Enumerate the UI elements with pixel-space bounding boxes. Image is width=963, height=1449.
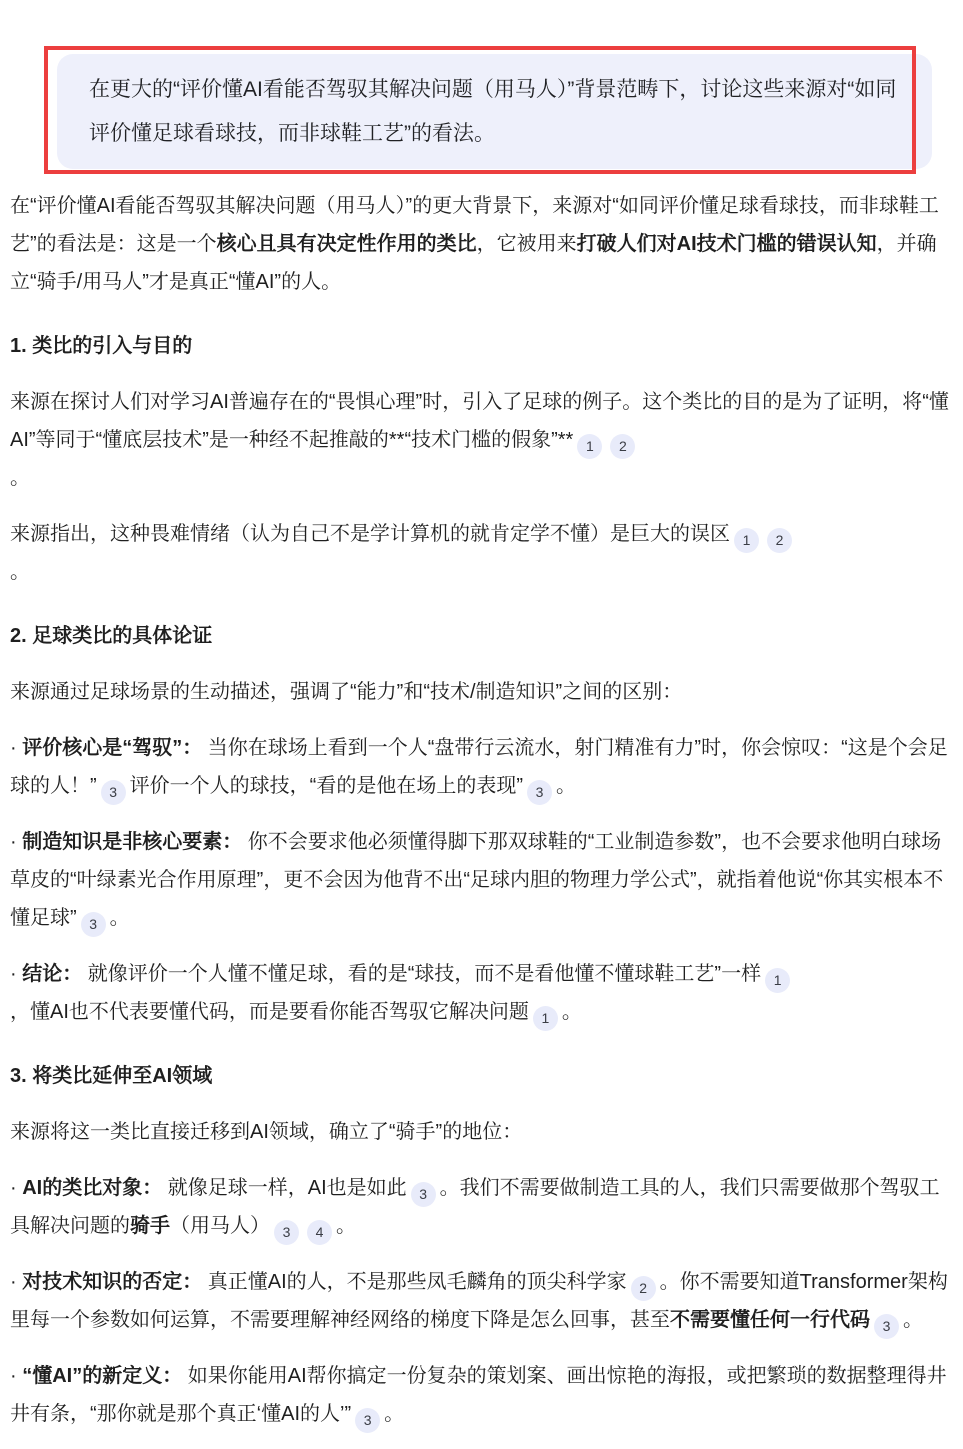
text-run: （用马人）: [170, 1215, 270, 1237]
citation-badge[interactable]: 3: [527, 780, 552, 805]
text-run: ，它被用来: [477, 233, 577, 255]
bullet-item: · 评价核心是“驾驭”： 当你在球场上看到一个人“盘带行云流水，射门精准有力”时…: [10, 729, 950, 805]
paragraph: 在“评价懂AI看能否驾驭其解决问题（用马人）”的更大背景下，来源对“如同评价懂足…: [10, 187, 950, 301]
text-run: ，懂AI也不代表要懂代码，而是要看你能否驾驭它解决问题: [10, 1001, 529, 1023]
citation-badge[interactable]: 3: [81, 912, 106, 937]
text-run: 来源指出，这种畏难情绪（认为自己不是学计算机的就肯定学不懂）是巨大的误区: [10, 523, 730, 545]
citation-badge[interactable]: 1: [765, 968, 790, 993]
text-run: 真正懂AI的人，不是那些凤毛麟角的顶尖科学家: [202, 1271, 626, 1293]
text-run: 。: [110, 907, 130, 929]
bullet-item: · 制造知识是非核心要素： 你不会要求他必须懂得脚下那双球鞋的“工业制造参数”，…: [10, 823, 950, 937]
citation-badge[interactable]: 1: [533, 1006, 558, 1031]
emphasis-text: 评价核心是“驾驭”：: [22, 737, 202, 759]
text-run: 。: [384, 1403, 404, 1425]
text-run: ·: [10, 963, 22, 985]
paragraph: 来源在探讨人们对学习AI普遍存在的“畏惧心理”时，引入了足球的例子。这个类比的目…: [10, 383, 950, 497]
emphasis-text: 打破人们对AI技术门槛的错误认知: [577, 233, 877, 255]
answer-body: 在“评价懂AI看能否驾驭其解决问题（用马人）”的更大背景下，来源对“如同评价懂足…: [0, 187, 963, 1433]
emphasis-text: 不需要懂任何一行代码: [670, 1309, 870, 1331]
paragraph: 来源指出，这种畏难情绪（认为自己不是学计算机的就肯定学不懂）是巨大的误区12。: [10, 515, 950, 591]
emphasis-text: 结论：: [22, 963, 82, 985]
text-run: ·: [10, 1271, 22, 1293]
citation-badge[interactable]: 1: [577, 434, 602, 459]
emphasis-text: 对技术知识的否定：: [22, 1271, 202, 1293]
text-run: 。: [10, 561, 30, 583]
text-run: 来源通过足球场景的生动描述，强调了“能力”和“技术/制造知识”之间的区别：: [10, 681, 682, 703]
text-run: 来源将这一类比直接迁移到AI领域，确立了“骑手”的地位：: [10, 1121, 522, 1143]
text-run: 评价一个人的球技，“看的是他在场上的表现”: [130, 775, 523, 797]
text-run: 。: [10, 467, 30, 489]
text-run: 。: [903, 1309, 923, 1331]
text-run: ·: [10, 1365, 22, 1387]
citation-badge[interactable]: 2: [767, 528, 792, 553]
emphasis-text: AI的类比对象：: [22, 1177, 162, 1199]
text-run: 3. 将类比延伸至AI领域: [10, 1065, 212, 1087]
citation-badge[interactable]: 3: [101, 780, 126, 805]
citation-badge[interactable]: 3: [874, 1314, 899, 1339]
paragraph: 来源通过足球场景的生动描述，强调了“能力”和“技术/制造知识”之间的区别：: [10, 673, 950, 711]
citation-badge[interactable]: 2: [631, 1276, 656, 1301]
question-message: 在更大的“评价懂AI看能否驾驭其解决问题（用马人）”背景范畴下，讨论这些来源对“…: [57, 54, 932, 169]
text-run: ·: [10, 831, 22, 853]
section-heading: 1. 类比的引入与目的: [10, 327, 950, 365]
user-question-bubble: 在更大的“评价懂AI看能否驾驭其解决问题（用马人）”背景范畴下，讨论这些来源对“…: [57, 54, 932, 169]
section-heading: 2. 足球类比的具体论证: [10, 617, 950, 655]
text-run: 1. 类比的引入与目的: [10, 335, 192, 357]
text-run: 。: [556, 775, 576, 797]
citation-badge[interactable]: 3: [274, 1220, 299, 1245]
paragraph: 来源将这一类比直接迁移到AI领域，确立了“骑手”的地位：: [10, 1113, 950, 1151]
text-run: 。: [562, 1001, 582, 1023]
citation-badge[interactable]: 2: [610, 434, 635, 459]
section-heading: 3. 将类比延伸至AI领域: [10, 1057, 950, 1095]
citation-badge[interactable]: 1: [734, 528, 759, 553]
bullet-item: · 对技术知识的否定： 真正懂AI的人，不是那些凤毛麟角的顶尖科学家2。你不需要…: [10, 1263, 950, 1339]
bullet-item: · 结论： 就像评价一个人懂不懂足球，看的是“球技，而不是看他懂不懂球鞋工艺”一…: [10, 955, 950, 1031]
text-run: ·: [10, 1177, 22, 1199]
emphasis-text: 核心且具有决定性作用的类比: [217, 233, 477, 255]
text-run: 2. 足球类比的具体论证: [10, 625, 212, 647]
citation-badge[interactable]: 3: [355, 1408, 380, 1433]
text-run: 就像评价一个人懂不懂足球，看的是“球技，而不是看他懂不懂球鞋工艺”一样: [82, 963, 761, 985]
text-run: 。: [336, 1215, 356, 1237]
bullet-item: · AI的类比对象： 就像足球一样，AI也是如此3。我们不需要做制造工具的人，我…: [10, 1169, 950, 1245]
text-run: 来源在探讨人们对学习AI普遍存在的“畏惧心理”时，引入了足球的例子。这个类比的目…: [10, 391, 949, 451]
bullet-item: · “懂AI”的新定义： 如果你能用AI帮你搞定一份复杂的策划案、画出惊艳的海报…: [10, 1357, 950, 1433]
text-run: 就像足球一样，AI也是如此: [162, 1177, 406, 1199]
emphasis-text: 骑手: [130, 1215, 170, 1237]
text-run: ·: [10, 737, 22, 759]
emphasis-text: 制造知识是非核心要素：: [22, 831, 242, 853]
citation-badge[interactable]: 3: [411, 1182, 436, 1207]
emphasis-text: “懂AI”的新定义：: [22, 1365, 182, 1387]
citation-badge[interactable]: 4: [307, 1220, 332, 1245]
